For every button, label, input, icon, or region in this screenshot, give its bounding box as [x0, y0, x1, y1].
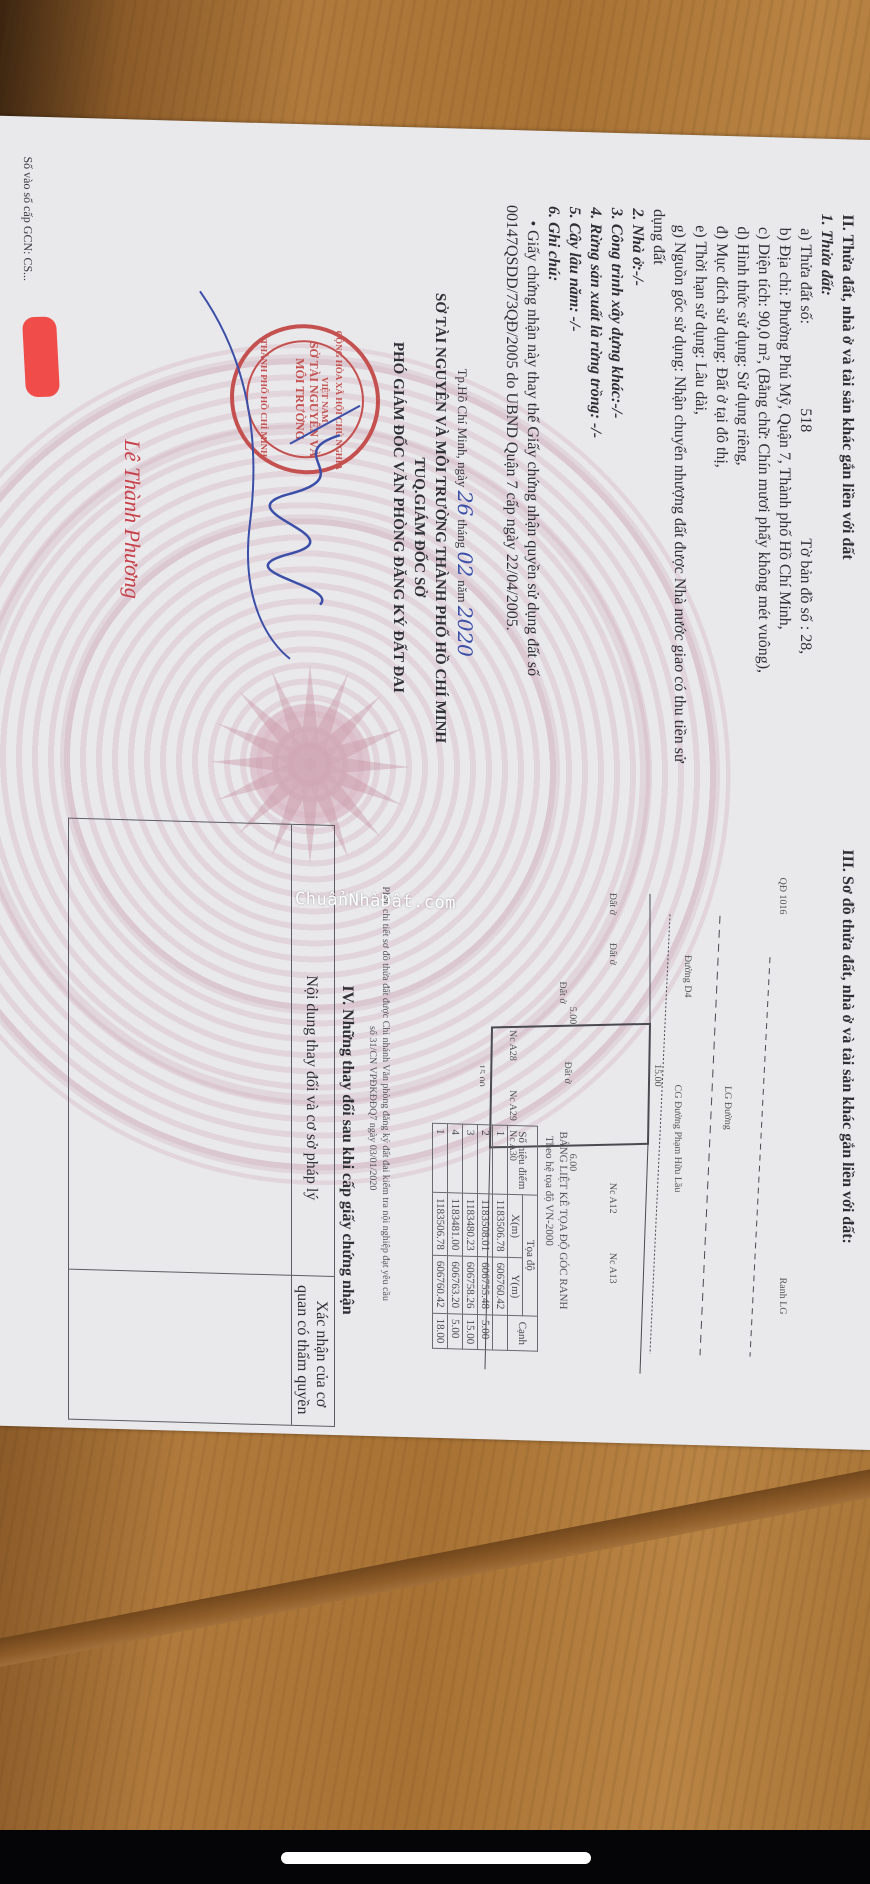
- col-change-content: Nội dung thay đổi và cơ sở pháp lý: [301, 975, 322, 1200]
- label-neighbor-1: Đất ở: [607, 893, 618, 916]
- coord-cell-edge: [493, 1315, 508, 1351]
- coord-table-subtitle: Theo hệ tọa độ VN-2000: [542, 1136, 556, 1246]
- date-year: 2020: [453, 606, 477, 658]
- coord-cell-x: 1183506.78: [493, 1194, 508, 1257]
- year-label: năm: [455, 580, 470, 603]
- note-replacement-line1: • Giấy chứng nhận này thay thế Giấy chứn…: [522, 220, 543, 676]
- label-chi-gioi: CG Đường Phạm Hữu Lầu: [672, 1084, 683, 1192]
- registry-number-label: Số vào sổ cấp GCN: CS...: [21, 156, 35, 281]
- coord-cell-edge: 5.00: [448, 1313, 463, 1349]
- coord-row: 41183481.00606763.205.00: [448, 1124, 463, 1350]
- col-x: X(m): [508, 1194, 523, 1257]
- land-use-certificate-page: II. Thửa đất, nhà ở và tài sản khác gắn …: [0, 115, 870, 1450]
- coord-cell-y: 606763.20: [448, 1256, 463, 1314]
- map-sheet-number: Tờ bản đồ số : 28,: [795, 538, 816, 655]
- changes-table: Nội dung thay đổi và cơ sở pháp lý Xác n…: [68, 818, 335, 1427]
- other-construction-item: 3. Công trình xây dựng khác:-/-: [606, 208, 627, 419]
- label-dim-side-1: 5.00: [567, 1007, 578, 1025]
- usage-form: d) Hình thức sử dụng: Sử dụng riêng,: [732, 226, 753, 466]
- usage-origin-cont: dụng đất: [648, 209, 669, 265]
- label-lot-a12: Nc A12: [607, 1183, 618, 1214]
- coord-table-title: BẢNG LIỆT KÊ TỌA ĐỘ GÓC RANH: [556, 1131, 570, 1309]
- note-replacement-line2: 00147QSDD/73QĐ/2005 do UBND Quận 7 cấp n…: [501, 205, 522, 631]
- label-lo-duong: LG Đường: [722, 1086, 733, 1130]
- parcel-number-value: 518: [795, 408, 816, 433]
- coord-cell-point: 3: [463, 1124, 478, 1193]
- coord-cell-y: 606760.42: [433, 1255, 448, 1313]
- coord-cell-x: 1183480.23: [463, 1193, 478, 1256]
- survey-note-line1: Phần chi tiết sơ đồ thửa đất được Chi nh…: [378, 886, 392, 1301]
- label-lot-a28: Nc A28: [507, 1030, 518, 1061]
- label-lot-a29: Nc A29: [507, 1090, 518, 1121]
- section-iv-heading: IV. Những thay đổi sau khi cấp giấy chứn…: [337, 985, 358, 1315]
- survey-note-line2: số 31/CN VPĐKĐĐQ7 ngày 03/01/2020: [365, 1026, 379, 1191]
- label-road-d4: Đường D4: [682, 955, 693, 998]
- coord-cell-x: 1183508.01: [478, 1194, 493, 1257]
- coord-row: 21183508.01606755.485.00: [478, 1125, 493, 1351]
- col-edge: Cạnh: [508, 1315, 538, 1352]
- month-label: tháng: [455, 519, 470, 548]
- coord-cell-point: 1: [493, 1125, 508, 1194]
- coordinate-table: Số hiệu điểm Tọa độ Cạnh X(m) Y(m) 11183…: [432, 1123, 538, 1352]
- label-ranh: Ranh LG: [777, 1277, 788, 1314]
- parcel-address: b) Địa chỉ: Phường Phú Mỹ, Quận 7, Thành…: [774, 227, 795, 630]
- label-dim-top: 15.00: [652, 1064, 663, 1087]
- signature-scribble: [180, 281, 400, 667]
- col-y: Y(m): [508, 1257, 523, 1315]
- coord-cell-edge: 15.00: [463, 1314, 478, 1350]
- issuing-agency: SỞ TÀI NGUYÊN VÀ MÔI TRƯỜNG THÀNH PHỐ HỒ…: [429, 293, 450, 744]
- coord-cell-point: 4: [448, 1124, 463, 1193]
- col-confirmation-line1: Xác nhận của cơ: [311, 1300, 332, 1407]
- coord-cell-point: 2: [478, 1125, 493, 1194]
- date-prefix: Tp.Hồ Chí Minh, ngày: [455, 368, 470, 487]
- coord-cell-edge: 18.00: [433, 1313, 448, 1349]
- usage-origin: g) Nguồn gốc sử dụng: Nhận chuyển nhượng…: [669, 224, 690, 763]
- date-month: 02: [453, 551, 477, 577]
- signer-name: Lê Thành Phương: [119, 439, 145, 599]
- col-point: Số hiệu điểm: [508, 1125, 538, 1195]
- redaction-mark: [22, 316, 60, 397]
- perennial-trees-item: 5. Cây lâu năm: -/-: [564, 206, 585, 331]
- section-ii-heading: II. Thửa đất, nhà ở và tài sản khác gắn …: [837, 214, 858, 560]
- label-dim-bottom: 15.00: [480, 1064, 486, 1087]
- changes-table-divider: [69, 1269, 334, 1277]
- parcel-number-label: a) Thửa đất số:: [795, 228, 816, 324]
- coord-row: 11183506.78606760.4218.00: [433, 1123, 448, 1349]
- usage-term: e) Thời hạn sử dụng: Lâu dài,: [690, 225, 711, 415]
- label-qd: QĐ 1016: [777, 877, 788, 914]
- label-lot-main: Đất ở: [562, 1061, 573, 1084]
- coord-row: 31183480.23606758.2615.00: [463, 1124, 478, 1350]
- label-neighbor-3: Đất ở: [557, 981, 568, 1004]
- coord-cell-edge: 5.00: [478, 1314, 493, 1350]
- house-item: 2. Nhà ở:-/-: [627, 208, 648, 286]
- usage-purpose: đ) Mục đích sử dụng: Đất ở tại đô thị,: [711, 226, 732, 469]
- coord-cell-x: 1183506.78: [433, 1192, 448, 1255]
- home-indicator[interactable]: [281, 1852, 591, 1864]
- label-lot-a13: Nc A13: [607, 1253, 618, 1284]
- notes-heading: 6. Ghi chú:: [543, 206, 564, 282]
- coord-row: 11183506.78606760.42: [493, 1125, 508, 1351]
- coord-cell-y: 606758.26: [463, 1256, 478, 1314]
- production-forest-item: 4. Rừng sản xuất là rừng trồng: -/-: [585, 207, 606, 438]
- land-subheading: 1. Thửa đất:: [816, 213, 837, 296]
- date-day: 26: [453, 490, 477, 516]
- signing-date: Tp.Hồ Chí Minh, ngày 26 tháng 02 năm 202…: [455, 368, 472, 657]
- section-iii-heading: III. Sơ đồ thửa đất, nhà ở và tài sản kh…: [837, 849, 858, 1244]
- coord-cell-point: 1: [433, 1123, 448, 1192]
- coord-cell-y: 606755.48: [478, 1256, 493, 1314]
- label-neighbor-2: Đất ở: [607, 943, 618, 966]
- coord-cell-y: 606760.42: [493, 1257, 508, 1315]
- col-confirmation-line2: quan có thẩm quyền: [292, 1285, 313, 1415]
- parcel-area: c) Diện tích: 90,0 m², (Bằng chữ: Chín m…: [753, 227, 774, 674]
- on-behalf-of: TUQ.GIÁM ĐỐC SỞ: [408, 457, 429, 597]
- coord-cell-x: 1183481.00: [448, 1193, 463, 1256]
- col-group-coords: Tọa độ: [523, 1195, 538, 1316]
